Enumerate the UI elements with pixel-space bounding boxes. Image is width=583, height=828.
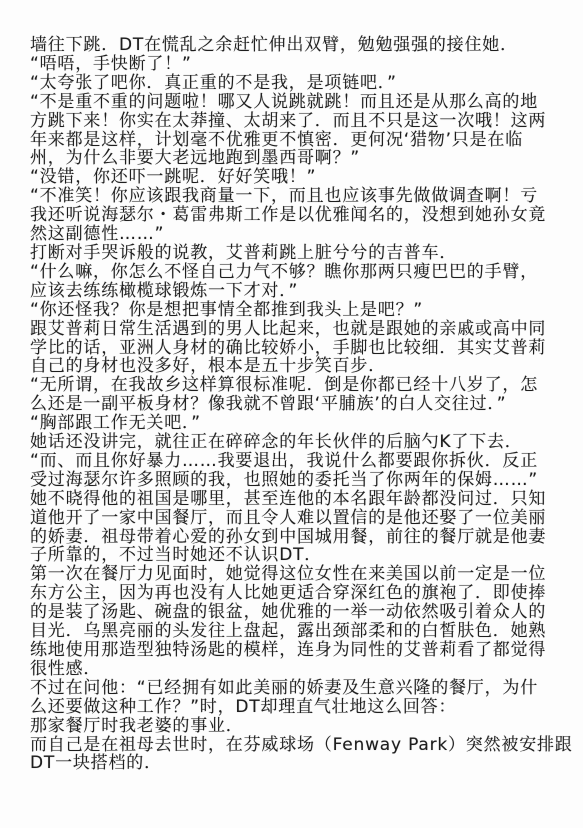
text-line: “不是重不重的问题啦！哪又人说跳就跳！而且还是从那么高的地 (30, 93, 560, 112)
text-line: 打断对手哭诉般的说教，艾普莉跳上脏兮兮的吉普车． (30, 244, 560, 263)
text-line: 么还是一副平板身材？像我就不曾跟‘平脯族’的白人交往过．” (30, 395, 560, 414)
text-line: “太夸张了吧你．真正重的不是我，是项链吧．” (30, 74, 560, 93)
scanned-book-page: 墙往下跳．DT在慌乱之余赶忙伸出双臂，勉勉强强的接住她．“唔唔，手快断了！”“太… (0, 0, 583, 828)
text-line: 的是装了汤匙、碗盘的银盆，她优雅的一举一动依然吸引着众人的 (30, 603, 560, 622)
text-line: 练地使用那造型独特汤匙的模样，连身为同性的艾普莉看了都觉得 (30, 641, 560, 660)
text-line: 年来都是这样，计划毫不优雅更不慎密．更何况‘猎物’只是在临 (30, 131, 560, 150)
text-line: 然这副德性……” (30, 225, 560, 244)
text-line: 学比的话，亚洲人身材的确比较娇小，手脚也比较细．其实艾普莉 (30, 339, 560, 358)
text-line: 自己的身材也没多好，根本是五十步笑百步． (30, 357, 560, 376)
text-line: 子所靠的，不过当时她还不认识DT． (30, 546, 560, 565)
text-line: 她不晓得他的祖国是哪里，甚至连他的本名跟年龄都没问过．只知 (30, 490, 560, 509)
text-line: 方跳下来！你实在太莽撞、太胡来了．而且不只是这一次哦！这两 (30, 112, 560, 131)
text-line: 第一次在餐厅力见面时，她觉得这位女性在来美国以前一定是一位 (30, 565, 560, 584)
text-line: 她话还没讲完，就往正在碎碎念的年长伙伴的后脑勺K了下去． (30, 433, 560, 452)
page-text: 墙往下跳．DT在慌乱之余赶忙伸出双臂，勉勉强强的接住她．“唔唔，手快断了！”“太… (30, 36, 560, 773)
text-line: 那家餐厅时我老婆的事业． (30, 717, 560, 736)
text-line: 不过在问他：“已经拥有如此美丽的娇妻及生意兴隆的餐厅，为什 (30, 679, 560, 698)
text-line: “而、而且你好暴力……我要退出，我说什么都要跟你拆伙．反正 (30, 452, 560, 471)
text-line: 墙往下跳．DT在慌乱之余赶忙伸出双臂，勉勉强强的接住她． (30, 36, 560, 55)
text-line: “胸部跟工作无关吧．” (30, 414, 560, 433)
text-line: “唔唔，手快断了！” (30, 55, 560, 74)
text-line: 州，为什么非要大老远地跑到墨西哥啊？” (30, 149, 560, 168)
text-line: 东方公主，因为再也没有人比她更适合穿深红色的旗袍了．即使捧 (30, 584, 560, 603)
text-line: “什么嘛，你怎么不怪自己力气不够？瞧你那两只瘦巴巴的手臂， (30, 263, 560, 282)
text-line: “不准笑！你应该跟我商量一下，而且也应该事先做做调查啊！亏 (30, 187, 560, 206)
text-line: 么还要做这种工作？”时，DT却理直气壮地这么回答： (30, 698, 560, 717)
text-line: 很性感． (30, 660, 560, 679)
text-line: 而自己是在祖母去世时，在芬威球场（Fenway Park）突然被安排跟 (30, 736, 560, 755)
text-line: 目光．乌黑亮丽的头发往上盘起，露出颈部柔和的白皙肤色．她熟 (30, 622, 560, 641)
text-line: 我还听说海瑟尔・葛雷弗斯工作是以优雅闻名的，没想到她孙女竟 (30, 206, 560, 225)
text-line: “没错，你还吓一跳呢．好好笑哦！” (30, 168, 560, 187)
text-line: “无所谓，在我故乡这样算很标准呢．倒是你都已经十八岁了，怎 (30, 376, 560, 395)
text-line: 受过海瑟尔许多照顾的我，也照她的委托当了你两年的保姆……” (30, 471, 560, 490)
text-line: “你还怪我？你是想把事情全都推到我头上是吧？” (30, 301, 560, 320)
text-line: DT一块搭档的． (30, 754, 560, 773)
text-line: 跟艾普莉日常生活遇到的男人比起来，也就是跟她的亲戚或高中同 (30, 320, 560, 339)
text-line: 的娇妻．祖母带着心爱的孙女到中国城用餐，前往的餐厅就是他妻 (30, 528, 560, 547)
text-line: 道他开了一家中国餐厅，而且令人难以置信的是他还娶了一位美丽 (30, 509, 560, 528)
text-line: 应该去练练橄榄球锻炼一下才对．” (30, 282, 560, 301)
